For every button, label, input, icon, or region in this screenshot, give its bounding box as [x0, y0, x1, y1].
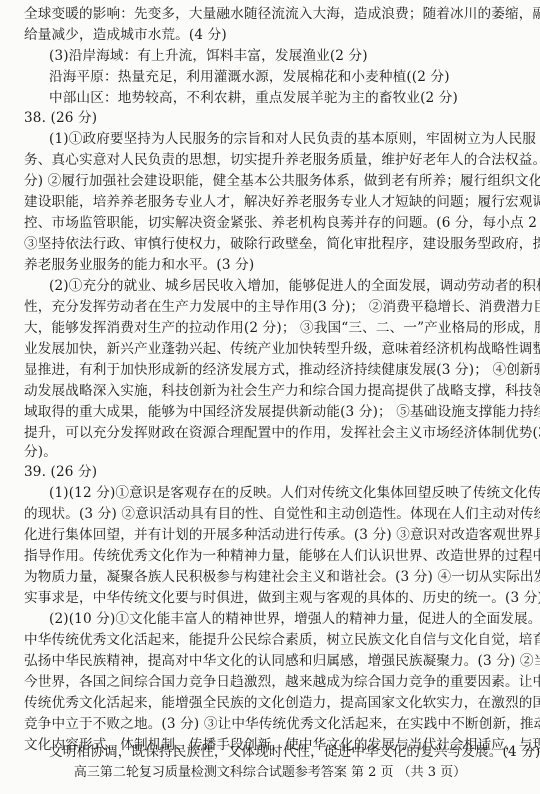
text-line: 务、真心实意对人民负责的思想，切实提升养老服务质量，维护好老年人的合法权益。(3	[24, 151, 520, 169]
text-line: 养老服务业服务的能力和水平。(3 分)	[24, 256, 520, 274]
text-line: 为物质力量，凝聚各族人民积极参与构建社会主义和谐社会。(3 分) ④一切从实际出…	[24, 568, 520, 586]
text-line: 建设职能，培养养老服务专业人才，解决好养老服务专业人才短缺的问题；履行宏观调	[24, 193, 520, 211]
text-line: 传统优秀文化活起来，能增强全民族的文化创造力，提高国家文化软实力，在激烈的国际	[24, 694, 520, 712]
text-line: 沿海平原：热量充足，利用灌溉水源，发展棉花和小麦种植((2 分)	[49, 68, 520, 86]
text-line: 竞争中立于不败之地。(3 分) ③让中华传统优秀文化活起来，在实践中不断创新，推…	[24, 715, 520, 733]
question-heading-38: 38. (26 分)	[24, 109, 520, 127]
text-line: 文明相协调，既保持民族性，又体现时代性，促进中华文化的复兴与发展。(4 分)	[49, 743, 520, 761]
text-line: 指导作用。传统优秀文化作为一种精神力量，能够在人们认识世界、改造世界的过程中转化	[24, 547, 520, 565]
text-line: 业发展加快，新兴产业蓬勃兴起、传统产业加快转型升级，意味着经济机构战略性调整明	[24, 340, 520, 358]
answer-key-page: 全球变暖的影响：先变多，大量融水随径流流入大海，造成浪费；随着冰川的萎缩，融水补…	[0, 0, 540, 794]
text-line: 显推进，有利于加快形成新的经济发展方式，推动经济持续健康发展(3 分)； ④创新…	[24, 361, 520, 379]
text-line: (1)①政府要坚持为人民服务的宗旨和对人民负责的基本原则，牢固树立为人民服	[49, 130, 520, 148]
question-heading-39: 39. (26 分)	[24, 463, 520, 481]
text-line: 分) ②履行加强社会建设职能，健全基本公共服务体系，做到老有所养；履行组织文化	[24, 172, 520, 190]
text-line: 性，充分发挥劳动者在生产力发展中的主导作用(3 分)； ②消费平稳增长、消费潜力…	[24, 298, 520, 316]
text-line: 动发展战略深入实施，科技创新为社会生产力和综合国力提高提供了战略支撑，科技领	[24, 382, 520, 400]
text-line: (1)(12 分)①意识是客观存在的反映。人们对传统文化集体回望反映了传统文化传…	[49, 484, 520, 502]
text-line: 中部山区：地势较高，不利农耕，重点发展羊驼为主的畜牧业(2 分)	[49, 89, 520, 107]
text-line: 分)。	[24, 443, 520, 461]
text-line: 化进行集体回望，并有计划的开展多种活动进行传承。(3 分) ③意识对改造客观世界…	[24, 526, 520, 544]
page-footer: 高三第二轮复习质量检测文科综合试题参考答案 第 2 页 （共 3 页）	[0, 764, 540, 782]
text-line: 域取得的重大成果，能够为中国经济发展提供新动能(3 分)； ⑤基础设施支撑能力持…	[24, 403, 520, 421]
text-line: 实事求是，中华传统文化要与时俱进，做到主观与客观的具体的、历史的统一。(3 分)	[24, 589, 520, 607]
text-line: 全球变暖的影响：先变多，大量融水随径流流入大海，造成浪费；随着冰川的萎缩，融水补	[24, 5, 520, 23]
text-line: 今世界，各国之间综合国力竞争日趋激烈，越来越成为综合国力竞争的重要因素。让中华	[24, 673, 520, 691]
text-line: 中华传统优秀文化活起来，能提升公民综合素质，树立民族文化自信与文化自觉，培育和	[24, 631, 520, 649]
text-line: 控、市场监管职能，切实解决资金紧张、养老机构良莠并存的问题。(6 分，每小点 2…	[24, 214, 520, 232]
text-line: (2)(10 分)①文化能丰富人的精神世界，增强人的精神力量，促进人的全面发展。…	[49, 610, 520, 628]
text-line: (2)①充分的就业、城乡居民收入增加，能够促进人的全面发展，调动劳动者的积极	[49, 277, 520, 295]
text-line: (3)沿岸海域：有上升流，饵料丰富，发展渔业(2 分)	[49, 47, 520, 65]
text-line: ③坚持依法行政、审慎行使权力，破除行政壁垒，简化审批程序，建设服务型政府，提高为	[24, 235, 520, 253]
text-line: 的现状。(3 分) ②意识活动具有目的性、自觉性和主动创造性。体现在人们主动对传…	[24, 505, 520, 523]
text-line: 大，能够发挥消费对生产的拉动作用(2 分)； ③我国“三、二、一”产业格局的形成…	[24, 319, 520, 337]
text-line: 弘扬中华民族精神，提高对中华文化的认同感和归属感，增强民族凝聚力。(3 分) ②…	[24, 652, 520, 670]
text-line: 提升，可以充分发挥财政在资源合理配置中的作用，发挥社会主义市场经济体制优势(3	[24, 424, 520, 442]
text-line: 给量减少，造成城市水荒。(4 分)	[24, 26, 520, 44]
